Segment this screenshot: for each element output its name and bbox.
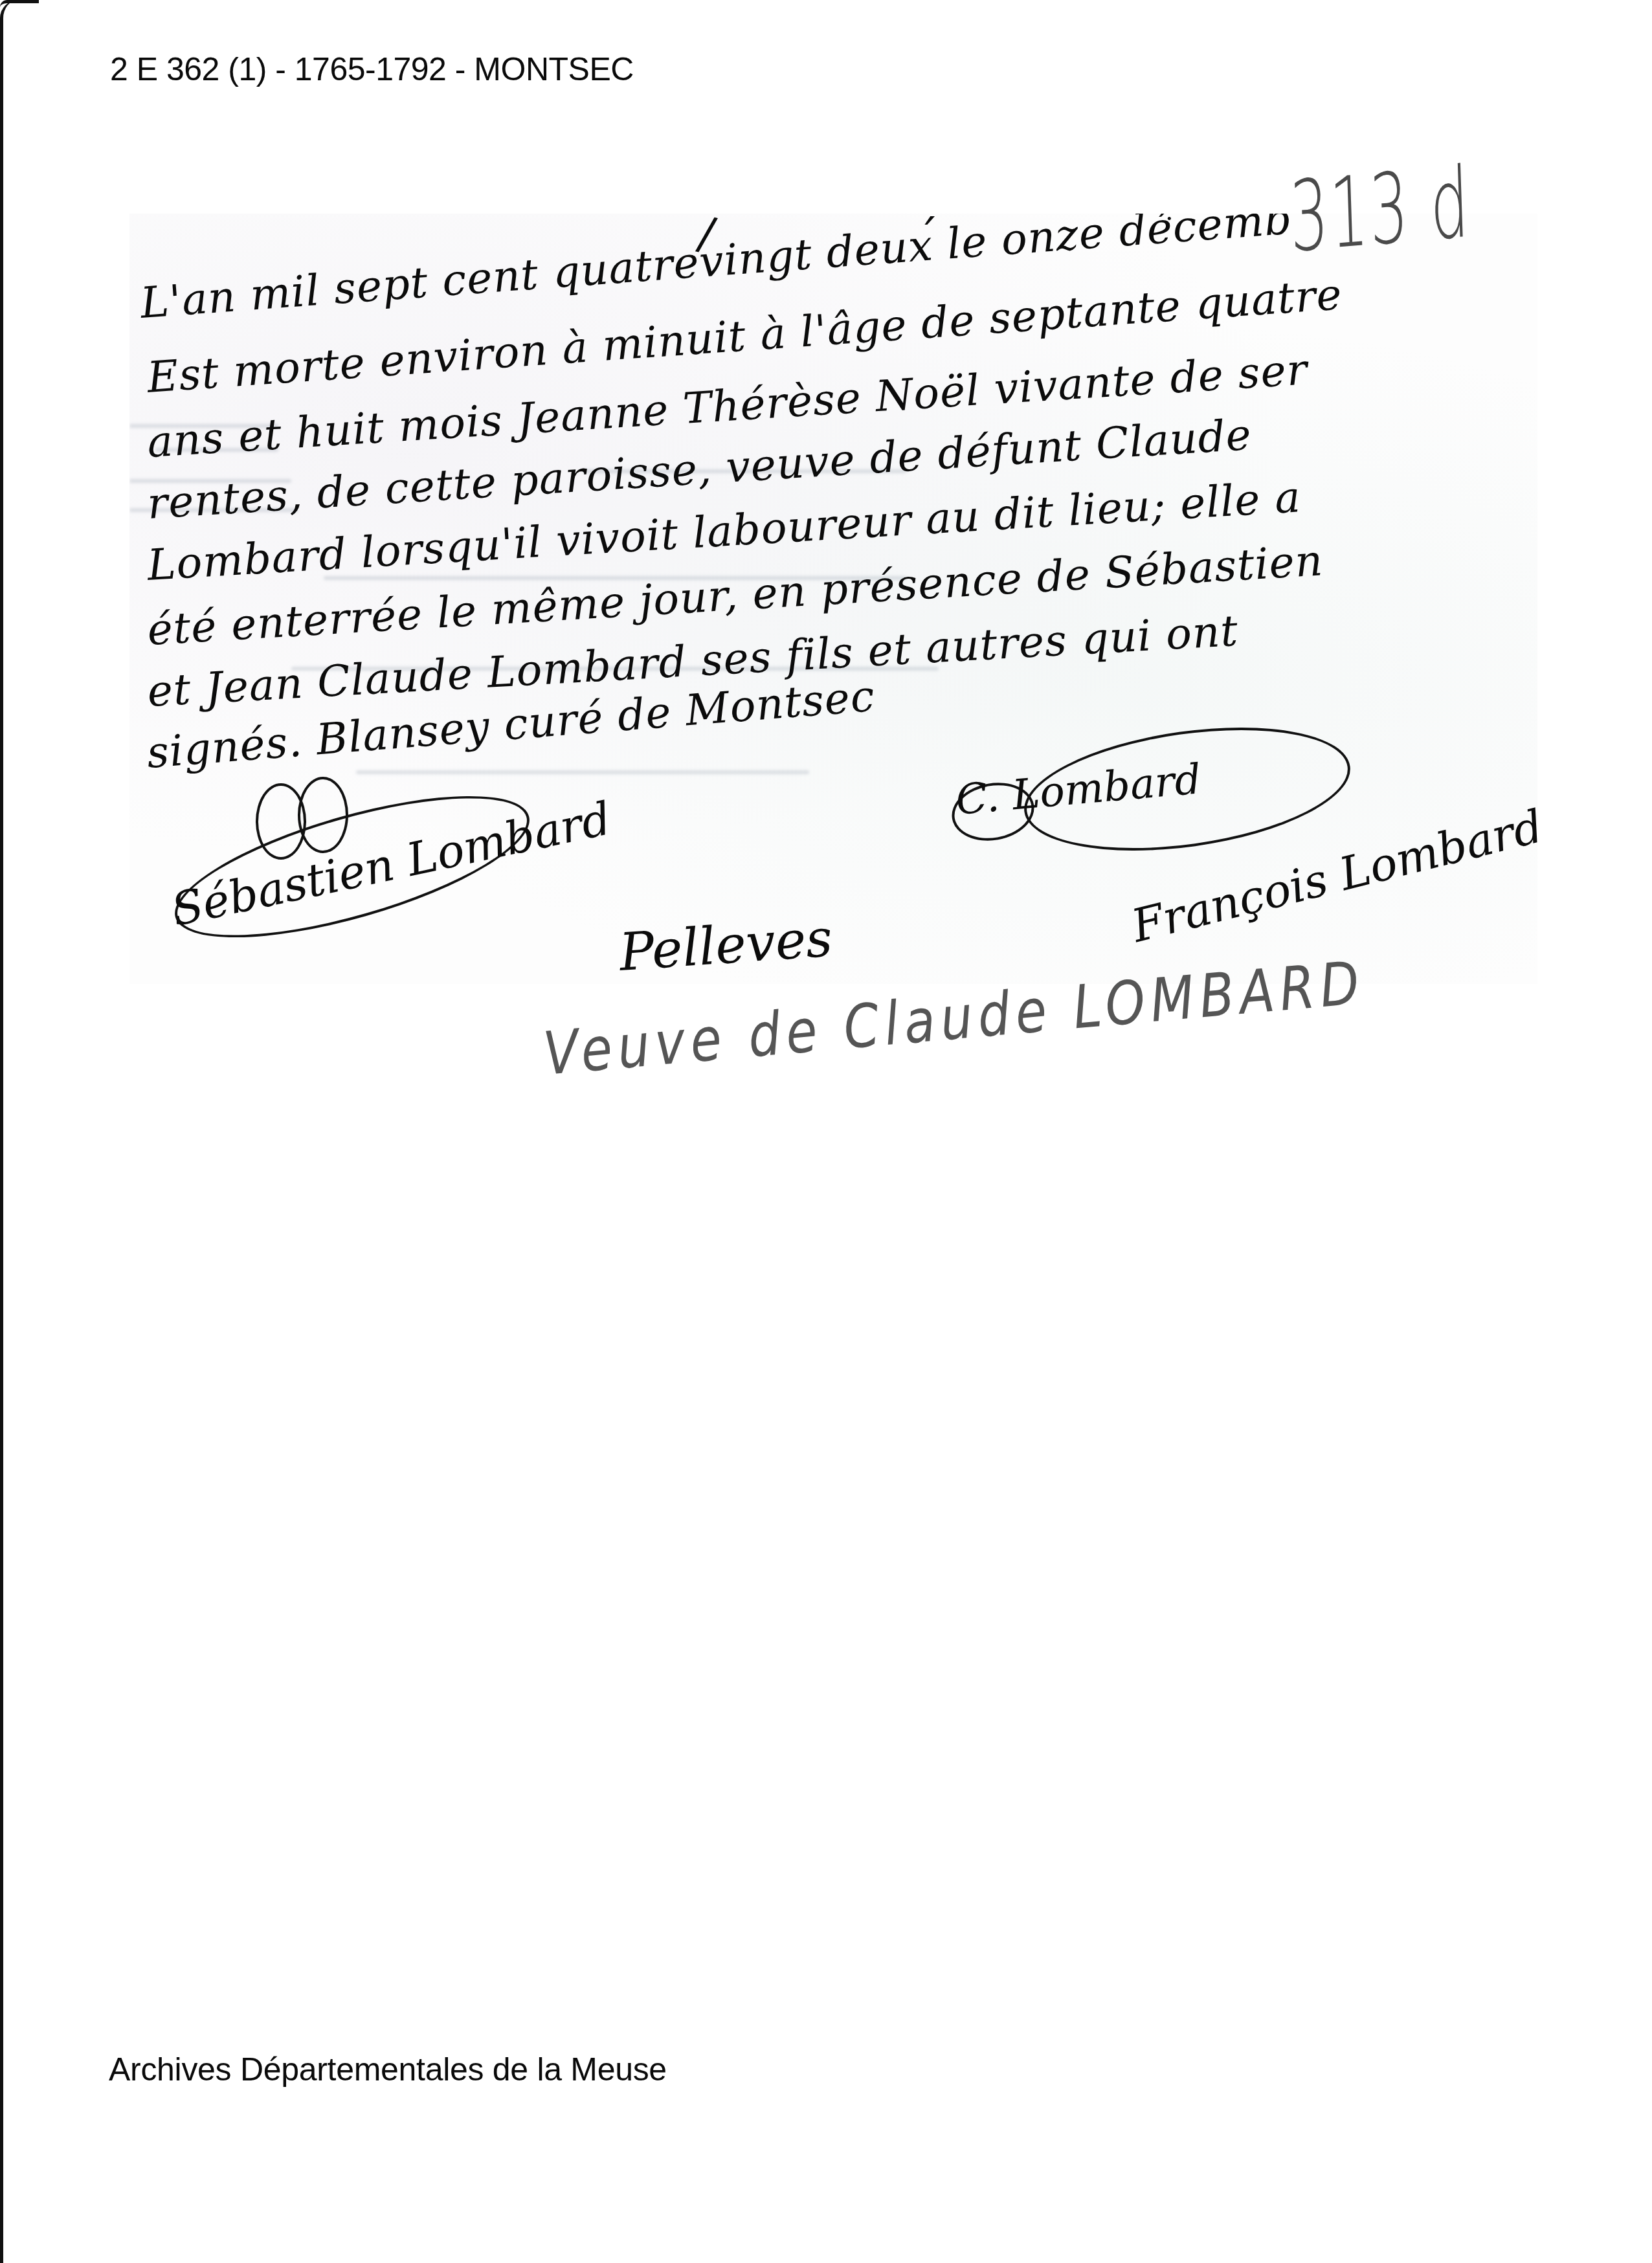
folio-number: 313 d xyxy=(1288,146,1472,274)
archive-reference-header: 2 E 362 (1) - 1765-1792 - MONTSEC xyxy=(110,50,634,88)
signature: Pelleves xyxy=(618,908,834,983)
signature-flourish xyxy=(256,783,306,860)
signature-flourish xyxy=(298,777,348,853)
signature: C. Lombard xyxy=(954,755,1203,825)
bleed-through-mark xyxy=(356,770,809,774)
manuscript-scan: / ´ · L'an mil sept cent quatrevingt deu… xyxy=(129,214,1537,984)
signature: François Lombard xyxy=(1126,799,1537,953)
archive-institution-footer: Archives Départementales de la Meuse xyxy=(109,2051,667,2088)
signature: Sébastien Lombard xyxy=(167,792,616,937)
